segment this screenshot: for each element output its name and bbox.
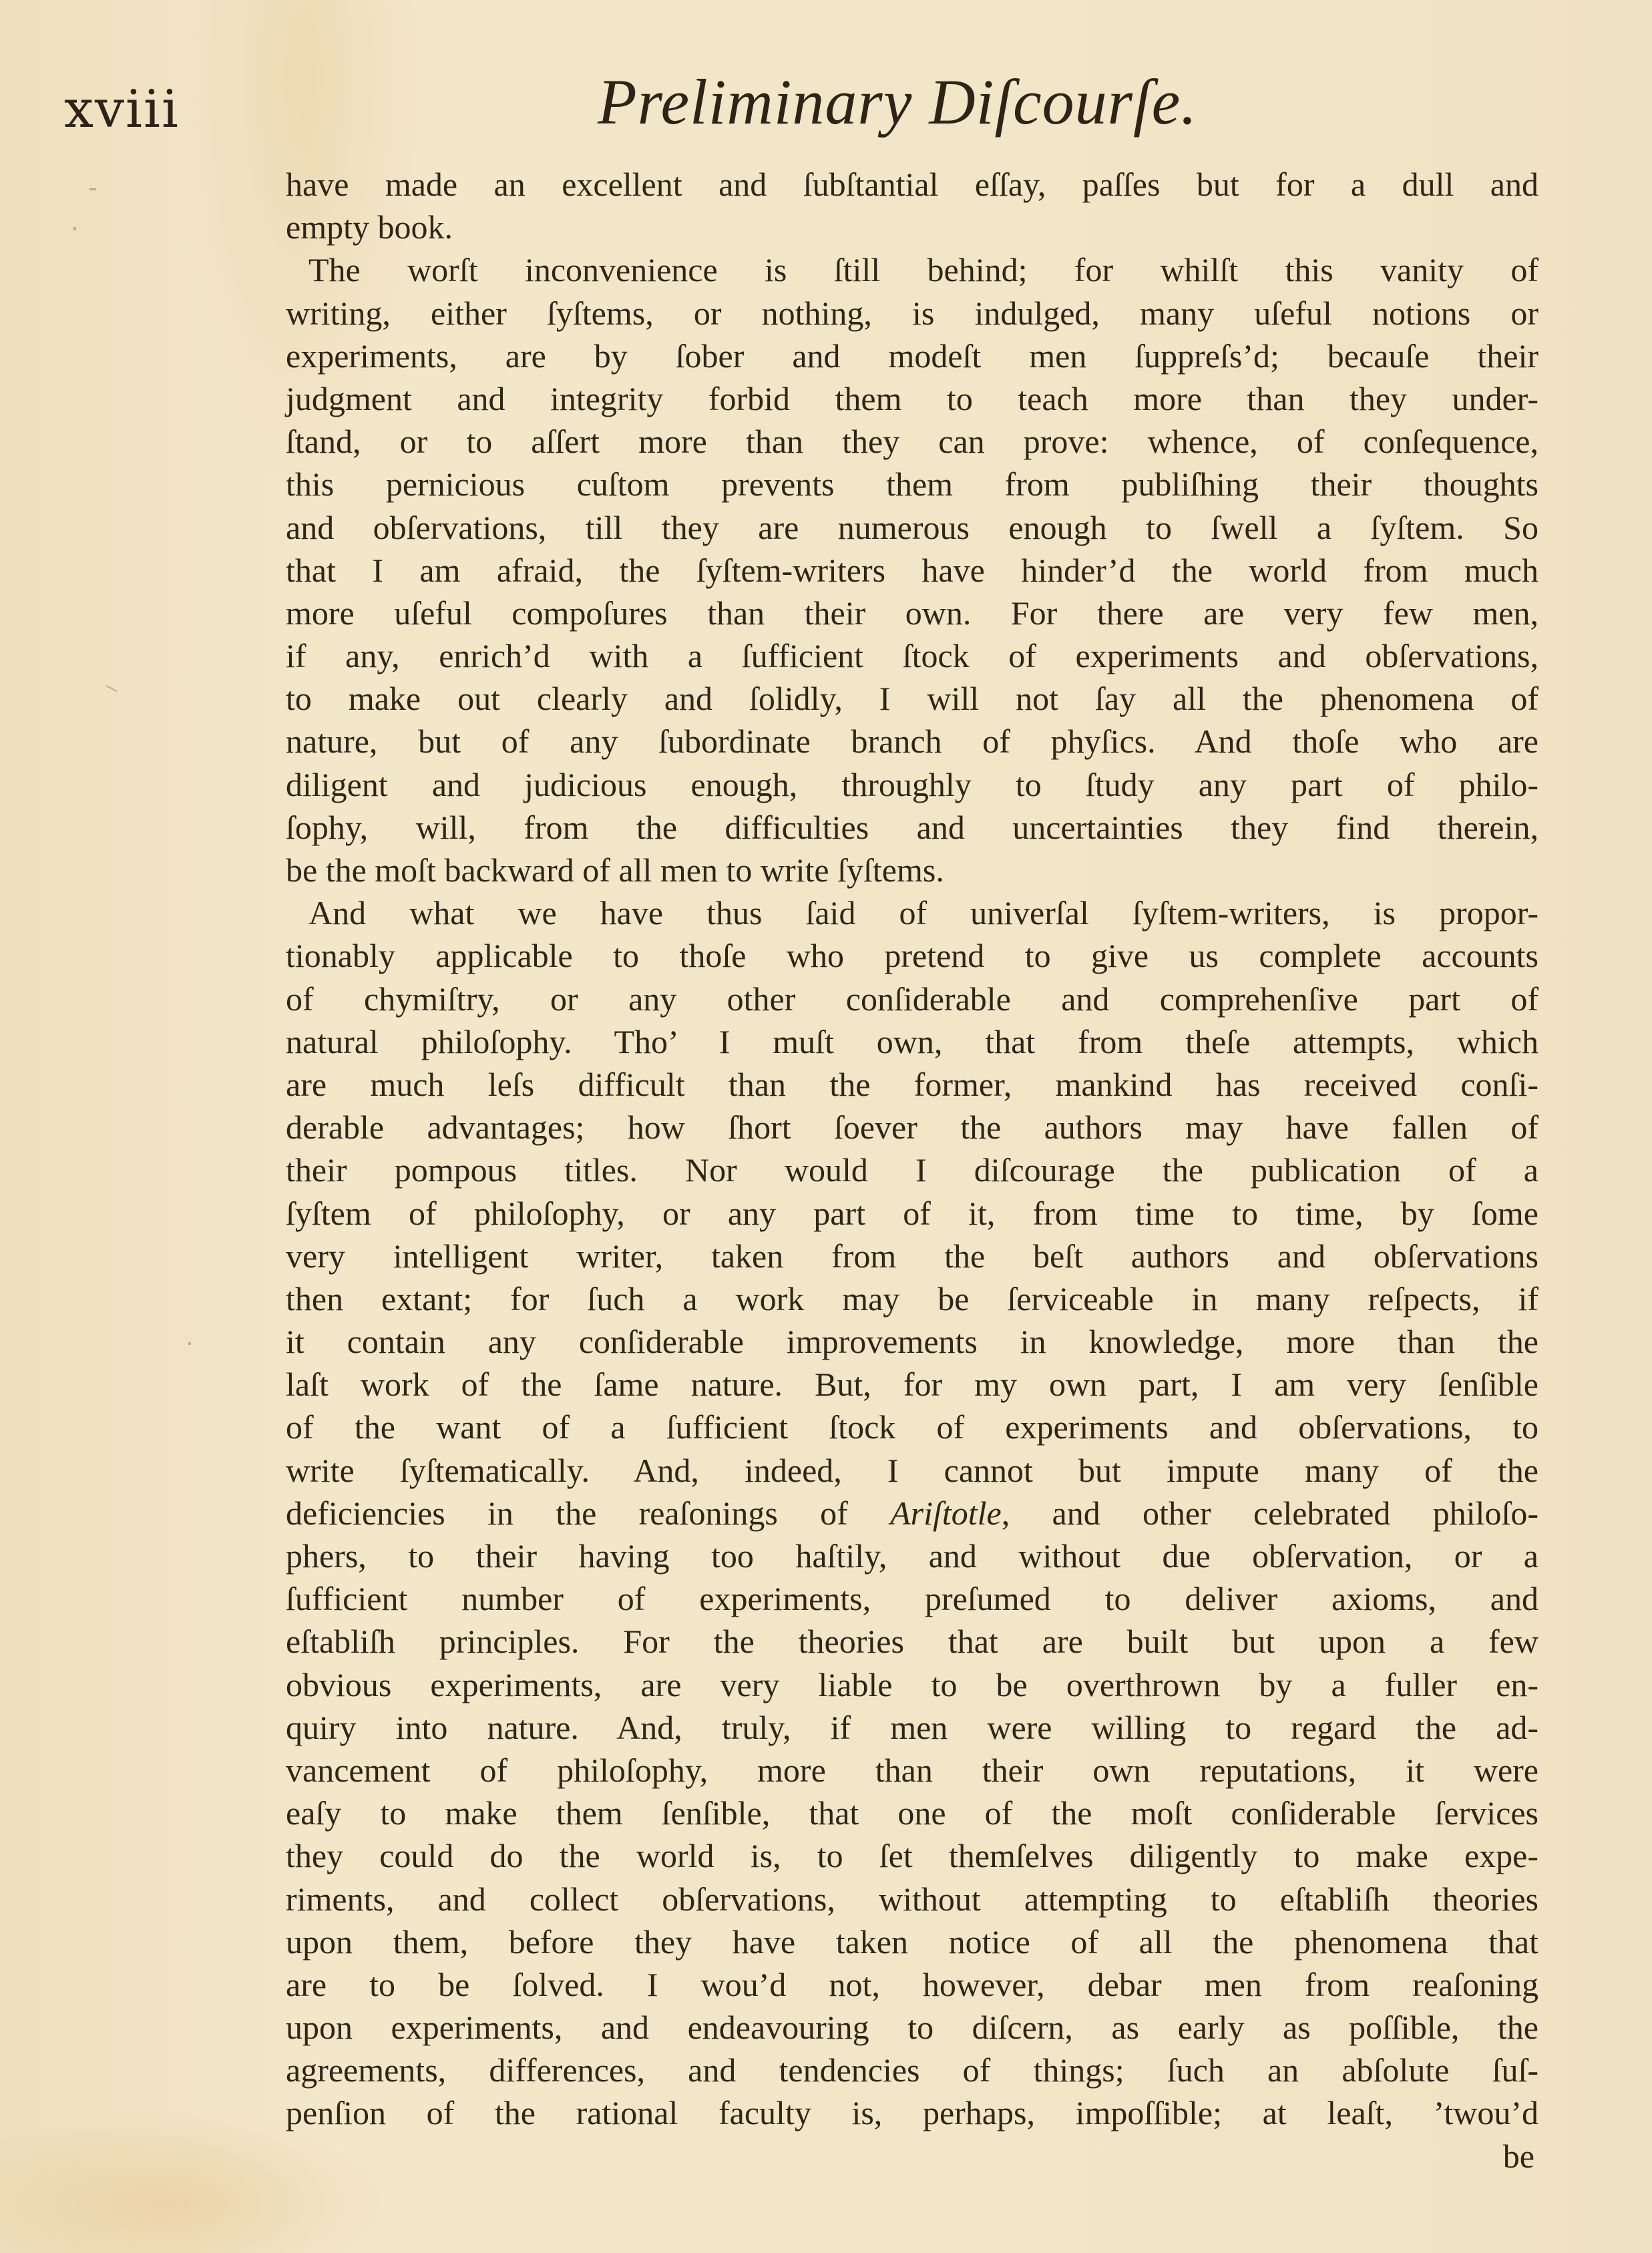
- running-head: xviii Preliminary Diſcourſe.: [0, 70, 1652, 150]
- text-line: quiry into nature. And, truly, if men we…: [286, 1706, 1538, 1749]
- margin-dot-mark: [188, 1342, 191, 1345]
- text-line: agreements, differences, and tendencies …: [286, 2049, 1538, 2091]
- margin-dot-mark: [73, 227, 76, 230]
- text-line: they could do the world is, to ſet themſ…: [286, 1834, 1538, 1877]
- text-line: diligent and judicious enough, throughly…: [286, 763, 1538, 806]
- text-line: natural philoſophy. Tho’ I muſt own, tha…: [286, 1020, 1538, 1063]
- text-line: to make out clearly and ſolidly, I will …: [286, 677, 1538, 720]
- text-line: upon experiments, and endeavouring to di…: [286, 2006, 1538, 2049]
- text-line: are to be ſolved. I wou’d not, however, …: [286, 1963, 1538, 2006]
- text-segment: , and other celebrated philoſo-: [1002, 1494, 1538, 1532]
- text-line: if any, enrich’d with a ſufficient ſtock…: [286, 634, 1538, 677]
- text-line: experiments, are by ſober and modeſt men…: [286, 335, 1538, 377]
- text-line: eſtabliſh principles. For the theories t…: [286, 1620, 1538, 1663]
- text-line: then extant; for ſuch a work may be ſerv…: [286, 1277, 1538, 1320]
- text-line: vancement of philoſophy, more than their…: [286, 1749, 1538, 1792]
- text-line: obvious experiments, are very liable to …: [286, 1663, 1538, 1706]
- catchword: be: [286, 2135, 1538, 2178]
- margin-dash-mark: [89, 188, 96, 190]
- text-line: ſufficient number of experiments, preſum…: [286, 1577, 1538, 1620]
- text-line: that I am afraid, the ſyſtem-writers hav…: [286, 549, 1538, 592]
- text-line: very intelligent writer, taken from the …: [286, 1235, 1538, 1277]
- text-line: writing, either ſyſtems, or nothing, is …: [286, 292, 1538, 335]
- text-line-with-italic: deficiencies in the reaſonings of Ariſto…: [286, 1492, 1538, 1534]
- text-line: penſion of the rational faculty is, perh…: [286, 2091, 1538, 2134]
- text-segment: deficiencies in the reaſonings of: [286, 1494, 890, 1532]
- running-head-title: Preliminary Diſcourſe.: [598, 70, 1197, 134]
- text-line: their pompous titles. Nor would I diſcou…: [286, 1149, 1538, 1191]
- paragraph-start-line: The worſt inconvenience is ſtill behind;…: [286, 248, 1538, 291]
- body-text: have made an excellent and ſubſtantial e…: [286, 163, 1538, 2178]
- text-line: of the want of a ſufficient ſtock of exp…: [286, 1406, 1538, 1448]
- text-line: riments, and collect obſervations, witho…: [286, 1878, 1538, 1920]
- text-line: empty book.: [286, 206, 1538, 248]
- text-line: be the moſt backward of all men to write…: [286, 849, 1538, 891]
- text-line: phers, to their having too haſtily, and …: [286, 1534, 1538, 1577]
- text-line: derable advantages; how ſhort ſoever the…: [286, 1106, 1538, 1149]
- text-line: judgment and integrity forbid them to te…: [286, 377, 1538, 420]
- italic-name-aristotle: Ariſtotle: [890, 1494, 1002, 1532]
- text-line: ſyſtem of philoſophy, or any part of it,…: [286, 1192, 1538, 1235]
- text-line: nature, but of any ſubordinate branch of…: [286, 720, 1538, 763]
- paragraph-start-line: And what we have thus ſaid of univerſal …: [286, 891, 1538, 934]
- page-number: xviii: [64, 83, 180, 136]
- text-line: write ſyſtematically. And, indeed, I can…: [286, 1449, 1538, 1492]
- text-line: it contain any conſiderable improvements…: [286, 1320, 1538, 1363]
- text-line: ſtand, or to aſſert more than they can p…: [286, 420, 1538, 463]
- text-line: of chymiſtry, or any other conſiderable …: [286, 978, 1538, 1020]
- text-line: are much leſs difficult than the former,…: [286, 1063, 1538, 1106]
- text-line: ſophy, will, from the difficulties and u…: [286, 806, 1538, 849]
- text-line: have made an excellent and ſubſtantial e…: [286, 163, 1538, 206]
- margin-stroke-mark: [106, 685, 118, 692]
- text-line: more uſeful compoſures than their own. F…: [286, 592, 1538, 634]
- text-line: this pernicious cuſtom prevents them fro…: [286, 463, 1538, 505]
- text-line: tionably applicable to thoſe who pretend…: [286, 934, 1538, 977]
- text-line: and obſervations, till they are numerous…: [286, 506, 1538, 549]
- text-line: eaſy to make them ſenſible, that one of …: [286, 1792, 1538, 1834]
- text-line: laſt work of the ſame nature. But, for m…: [286, 1363, 1538, 1406]
- book-page: xviii Preliminary Diſcourſe. have made a…: [0, 0, 1652, 2253]
- text-line: upon them, before they have taken notice…: [286, 1920, 1538, 1963]
